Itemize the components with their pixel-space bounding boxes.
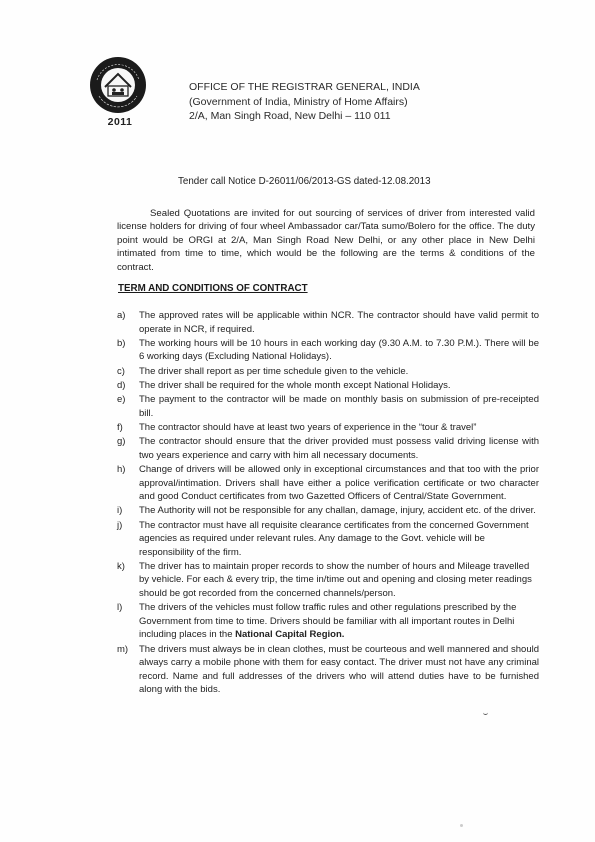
intro-text: Sealed Quotations are invited for out so… [117,208,535,273]
tender-notice-title: Tender call Notice D-26011/06/2013-GS da… [178,176,431,187]
term-label: e) [117,393,139,420]
term-label: m) [117,643,139,697]
term-text: The payment to the contractor will be ma… [139,393,539,420]
term-label: g) [117,435,139,462]
term-item: i)The Authority will not be responsible … [117,504,539,518]
term-label: j) [117,519,139,560]
term-label: d) [117,379,139,393]
term-text: The driver has to maintain proper record… [139,560,539,601]
intro-paragraph: Sealed Quotations are invited for out so… [117,207,535,274]
term-item: l)The drivers of the vehicles must follo… [117,601,539,642]
term-item: c)The driver shall report as per time sc… [117,365,539,379]
term-label: f) [117,421,139,435]
term-item: m)The drivers must always be in clean cl… [117,643,539,697]
term-item: g)The contractor should ensure that the … [117,435,539,462]
term-text: The contractor should ensure that the dr… [139,435,539,462]
term-item: k)The driver has to maintain proper reco… [117,560,539,601]
census-of-india-emblem-icon [89,56,147,114]
term-text: The drivers must always be in clean clot… [139,643,539,697]
term-text: Change of drivers will be allowed only i… [139,463,539,504]
term-label: k) [117,560,139,601]
term-text: The drivers of the vehicles must follow … [139,601,539,642]
terms-heading: TERM AND CONDITIONS OF CONTRACT [118,283,308,294]
term-item: f)The contractor should have at least tw… [117,421,539,435]
term-text: The contractor should have at least two … [139,421,539,435]
term-text: The approved rates will be applicable wi… [139,309,539,336]
term-item: d)The driver shall be required for the w… [117,379,539,393]
term-text-bold: National Capital Region. [235,629,344,640]
term-text: The working hours will be 10 hours in ea… [139,337,539,364]
term-text: The contractor must have all requisite c… [139,519,539,560]
term-label: b) [117,337,139,364]
terms-list: a)The approved rates will be applicable … [117,309,539,697]
org-address: 2/A, Man Singh Road, New Delhi – 110 011 [189,109,420,124]
scan-speck [460,824,463,827]
census-year: 2011 [100,116,140,128]
term-item: a)The approved rates will be applicable … [117,309,539,336]
term-text: The Authority will not be responsible fo… [139,504,539,518]
term-item: e)The payment to the contractor will be … [117,393,539,420]
letterhead: OFFICE OF THE REGISTRAR GENERAL, INDIA (… [189,80,420,124]
org-name: OFFICE OF THE REGISTRAR GENERAL, INDIA [189,80,420,95]
term-label: a) [117,309,139,336]
term-text: The driver shall report as per time sche… [139,365,539,379]
term-item: j)The contractor must have all requisite… [117,519,539,560]
document-page: 2011 OFFICE OF THE REGISTRAR GENERAL, IN… [0,0,595,842]
term-label: i) [117,504,139,518]
term-item: h)Change of drivers will be allowed only… [117,463,539,504]
org-ministry: (Government of India, Ministry of Home A… [189,95,420,110]
term-label: l) [117,601,139,642]
term-text: The driver shall be required for the who… [139,379,539,393]
term-label: h) [117,463,139,504]
term-item: b)The working hours will be 10 hours in … [117,337,539,364]
pen-mark [483,711,488,715]
term-label: c) [117,365,139,379]
